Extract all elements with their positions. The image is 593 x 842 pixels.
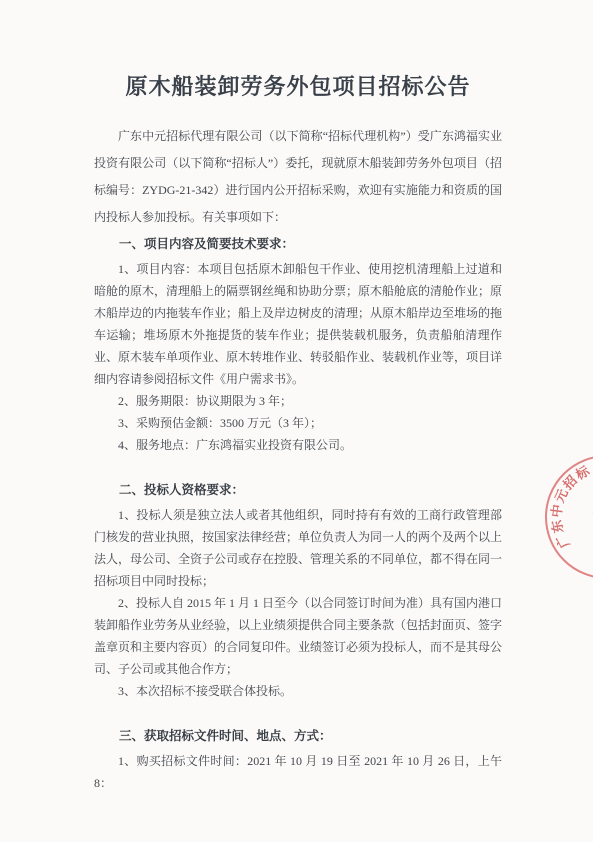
project-content-item-2: 2、服务期限：协议期限为 3 年；	[94, 390, 502, 412]
bidder-qualifications-item-3: 3、本次招标不接受联合体投标。	[94, 680, 502, 702]
seal-text-char: 元	[552, 487, 571, 506]
document-page: 原木船装卸劳务外包项目招标公告 广东中元招标代理有限公司（以下简称“招标代理机构…	[0, 0, 593, 842]
seal-text-char: 中	[550, 503, 566, 519]
project-content-item-1: 1、项目内容：本项目包括原木卸船包干作业、使用挖机清理船上过道和暗舱的原木，清理…	[94, 258, 502, 390]
section-project-content-heading: 一、项目内容及简要技术要求：	[94, 231, 502, 258]
company-seal: ★ 广 东 中 元 招 标	[545, 455, 593, 579]
document-title: 原木船装卸劳务外包项目招标公告	[94, 72, 502, 102]
section-bidder-qualifications: 二、投标人资格要求： 1、投标人须是独立法人或者其他组织，同时持有有效的工商行政…	[94, 477, 502, 702]
intro-paragraph: 广东中元招标代理有限公司（以下简称“招标代理机构”）受广东鸿福实业投资有限公司（…	[94, 123, 502, 231]
seal-text-char: 标	[573, 464, 592, 483]
seal-text-char: 招	[561, 473, 581, 493]
seal-text-char: 东	[550, 518, 566, 534]
seal-ring	[545, 455, 593, 579]
seal-text-char: 广	[554, 532, 573, 551]
bidder-qualifications-item-1: 1、投标人须是独立法人或者其他组织，同时持有有效的工商行政管理部门核发的营业执照…	[94, 504, 502, 592]
section-project-content: 一、项目内容及简要技术要求： 1、项目内容：本项目包括原木卸船包干作业、使用挖机…	[94, 231, 502, 456]
project-content-item-3: 3、采购预估金额：3500 万元（3 年）；	[94, 412, 502, 434]
bidder-qualifications-item-2: 2、投标人自 2015 年 1 月 1 日至今（以合同签订时间为准）具有国内港口…	[94, 592, 502, 680]
project-content-item-4: 4、服务地点：广东鸿福实业投资有限公司。	[94, 434, 502, 456]
section-document-acquisition: 三、获取招标文件时间、地点、方式： 1、购买招标文件时间：2021 年 10 月…	[94, 723, 502, 794]
section-bidder-qualifications-heading: 二、投标人资格要求：	[94, 477, 502, 504]
section-document-acquisition-heading: 三、获取招标文件时间、地点、方式：	[94, 723, 502, 750]
document-body: 原木船装卸劳务外包项目招标公告 广东中元招标代理有限公司（以下简称“招标代理机构…	[94, 72, 502, 794]
document-acquisition-item-1: 1、购买招标文件时间：2021 年 10 月 19 日至 2021 年 10 月…	[94, 750, 502, 794]
